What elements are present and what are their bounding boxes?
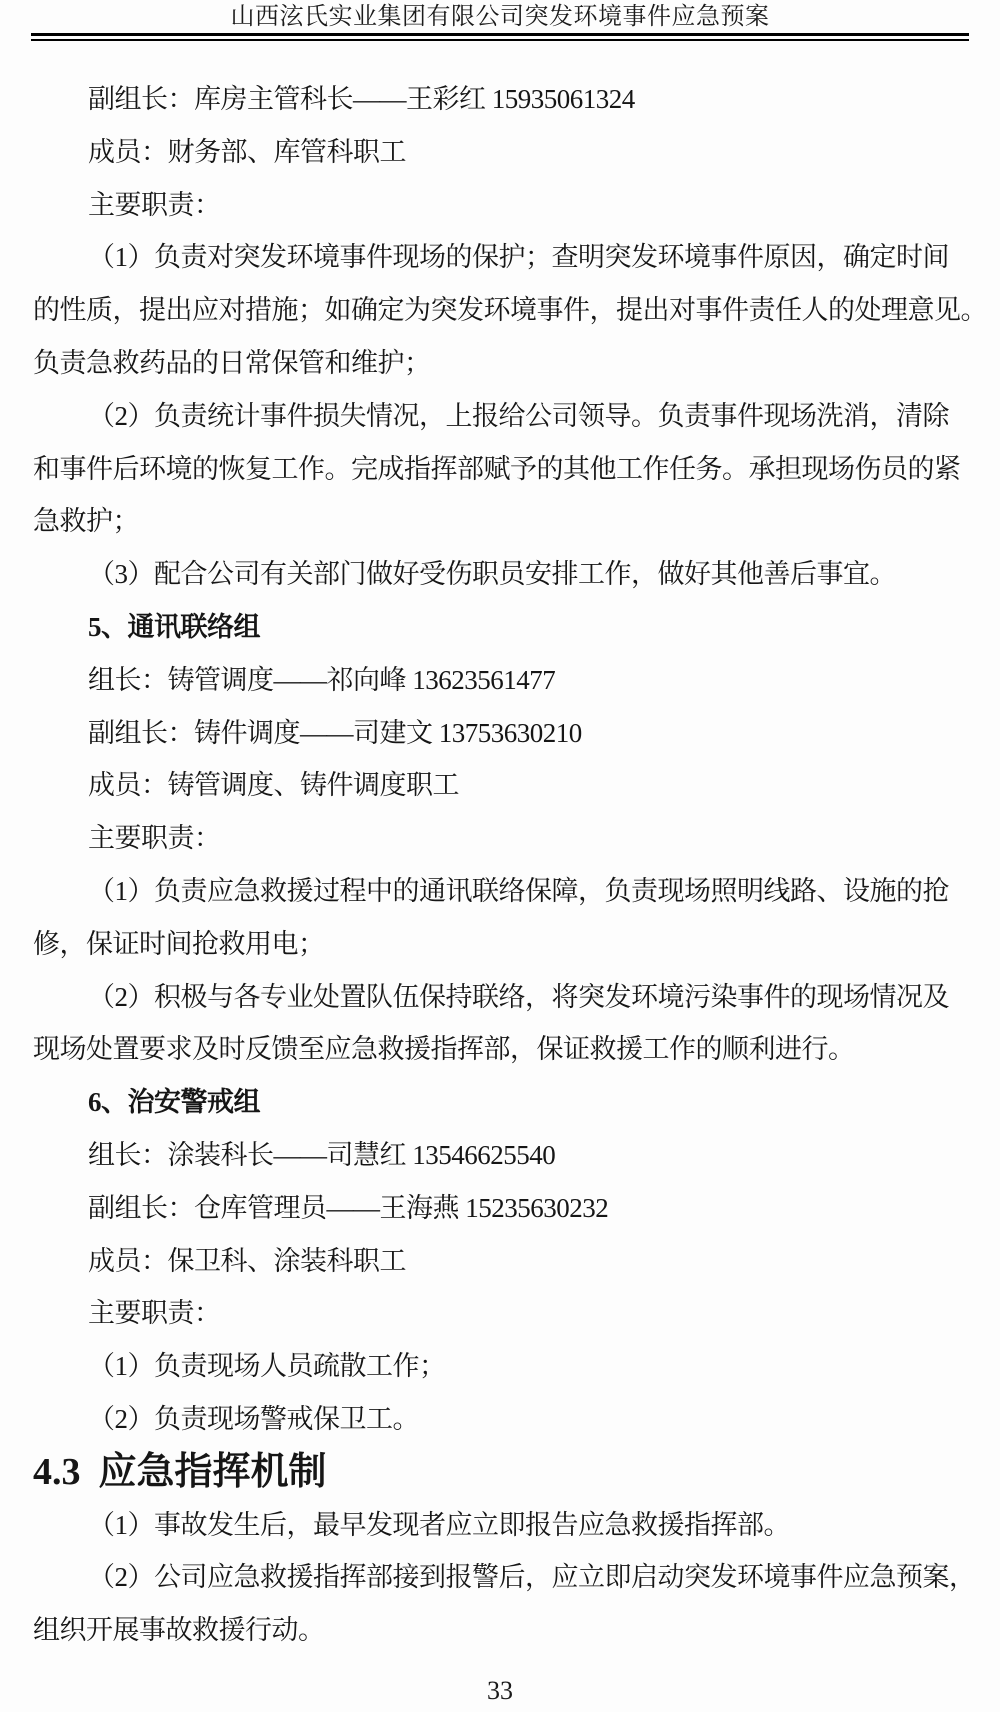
section-title: 应急指挥机制: [99, 1451, 327, 1493]
text-line: （2）负责现场警戒保卫工。: [33, 1393, 967, 1446]
document-page: 山西泫氏实业集团有限公司突发环境事件应急预案 副组长：库房主管科长——王彩红 1…: [0, 0, 1000, 1712]
text-line: （2）负责统计事件损失情况，上报给公司领导。负责事件现场洗消，清除: [33, 390, 967, 443]
text-line: （1）负责现场人员疏散工作；: [33, 1340, 967, 1393]
page-number: 33: [487, 1676, 513, 1705]
text-line: 副组长：库房主管科长——王彩红 15935061324: [33, 73, 967, 126]
text-line: （3）配合公司有关部门做好受伤职员安排工作，做好其他善后事宜。: [33, 548, 967, 601]
section-number: 4.3: [33, 1451, 81, 1493]
group-subheading: 6、治安警戒组: [33, 1076, 967, 1129]
header-title: 山西泫氏实业集团有限公司突发环境事件应急预案: [231, 4, 770, 30]
header-rule-thick: [31, 33, 969, 36]
text-line: 组长：铸管调度——祁向峰 13623561477: [33, 654, 967, 707]
text-line: 现场处置要求及时反馈至应急救援指挥部，保证救援工作的顺利进行。: [33, 1023, 967, 1076]
text-line: 主要职责：: [33, 179, 967, 232]
document-body: 副组长：库房主管科长——王彩红 15935061324成员：财务部、库管科职工主…: [33, 73, 967, 1657]
text-line: 成员：保卫科、涂装科职工: [33, 1235, 967, 1288]
text-line: 急救护；: [33, 495, 967, 548]
text-line: 组织开展事故救援行动。: [33, 1604, 967, 1657]
text-line: 主要职责：: [33, 1287, 967, 1340]
page-header: 山西泫氏实业集团有限公司突发环境事件应急预案: [0, 2, 1000, 32]
text-line: 和事件后环境的恢复工作。完成指挥部赋予的其他工作任务。承担现场伤员的紧: [33, 443, 967, 496]
text-line: 成员：铸管调度、铸件调度职工: [33, 759, 967, 812]
text-line: （2）公司应急救援指挥部接到报警后，应立即启动突发环境事件应急预案，: [33, 1551, 967, 1604]
text-line: （1）负责应急救援过程中的通讯联络保障，负责现场照明线路、设施的抢: [33, 865, 967, 918]
text-line: 组长：涂装科长——司慧红 13546625540: [33, 1129, 967, 1182]
text-line: 副组长：铸件调度——司建文 13753630210: [33, 707, 967, 760]
text-line: （2）积极与各专业处置队伍保持联络，将突发环境污染事件的现场情况及: [33, 971, 967, 1024]
text-line: 副组长：仓库管理员——王海燕 15235630232: [33, 1182, 967, 1235]
text-line: （1）负责对突发环境事件现场的保护；查明突发环境事件原因，确定时间: [33, 231, 967, 284]
text-line: 修，保证时间抢救用电；: [33, 918, 967, 971]
text-line: 主要职责：: [33, 812, 967, 865]
section-heading: 4.3应急指挥机制: [33, 1446, 967, 1499]
text-line: 成员：财务部、库管科职工: [33, 126, 967, 179]
text-line: 的性质，提出应对措施；如确定为突发环境事件，提出对事件责任人的处理意见。: [33, 284, 967, 337]
text-line: 负责急救药品的日常保管和维护；: [33, 337, 967, 390]
group-subheading: 5、通讯联络组: [33, 601, 967, 654]
header-rule-thin: [31, 39, 969, 41]
page-footer: 33: [0, 1676, 1000, 1706]
text-line: （1）事故发生后，最早发现者应立即报告应急救援指挥部。: [33, 1499, 967, 1552]
